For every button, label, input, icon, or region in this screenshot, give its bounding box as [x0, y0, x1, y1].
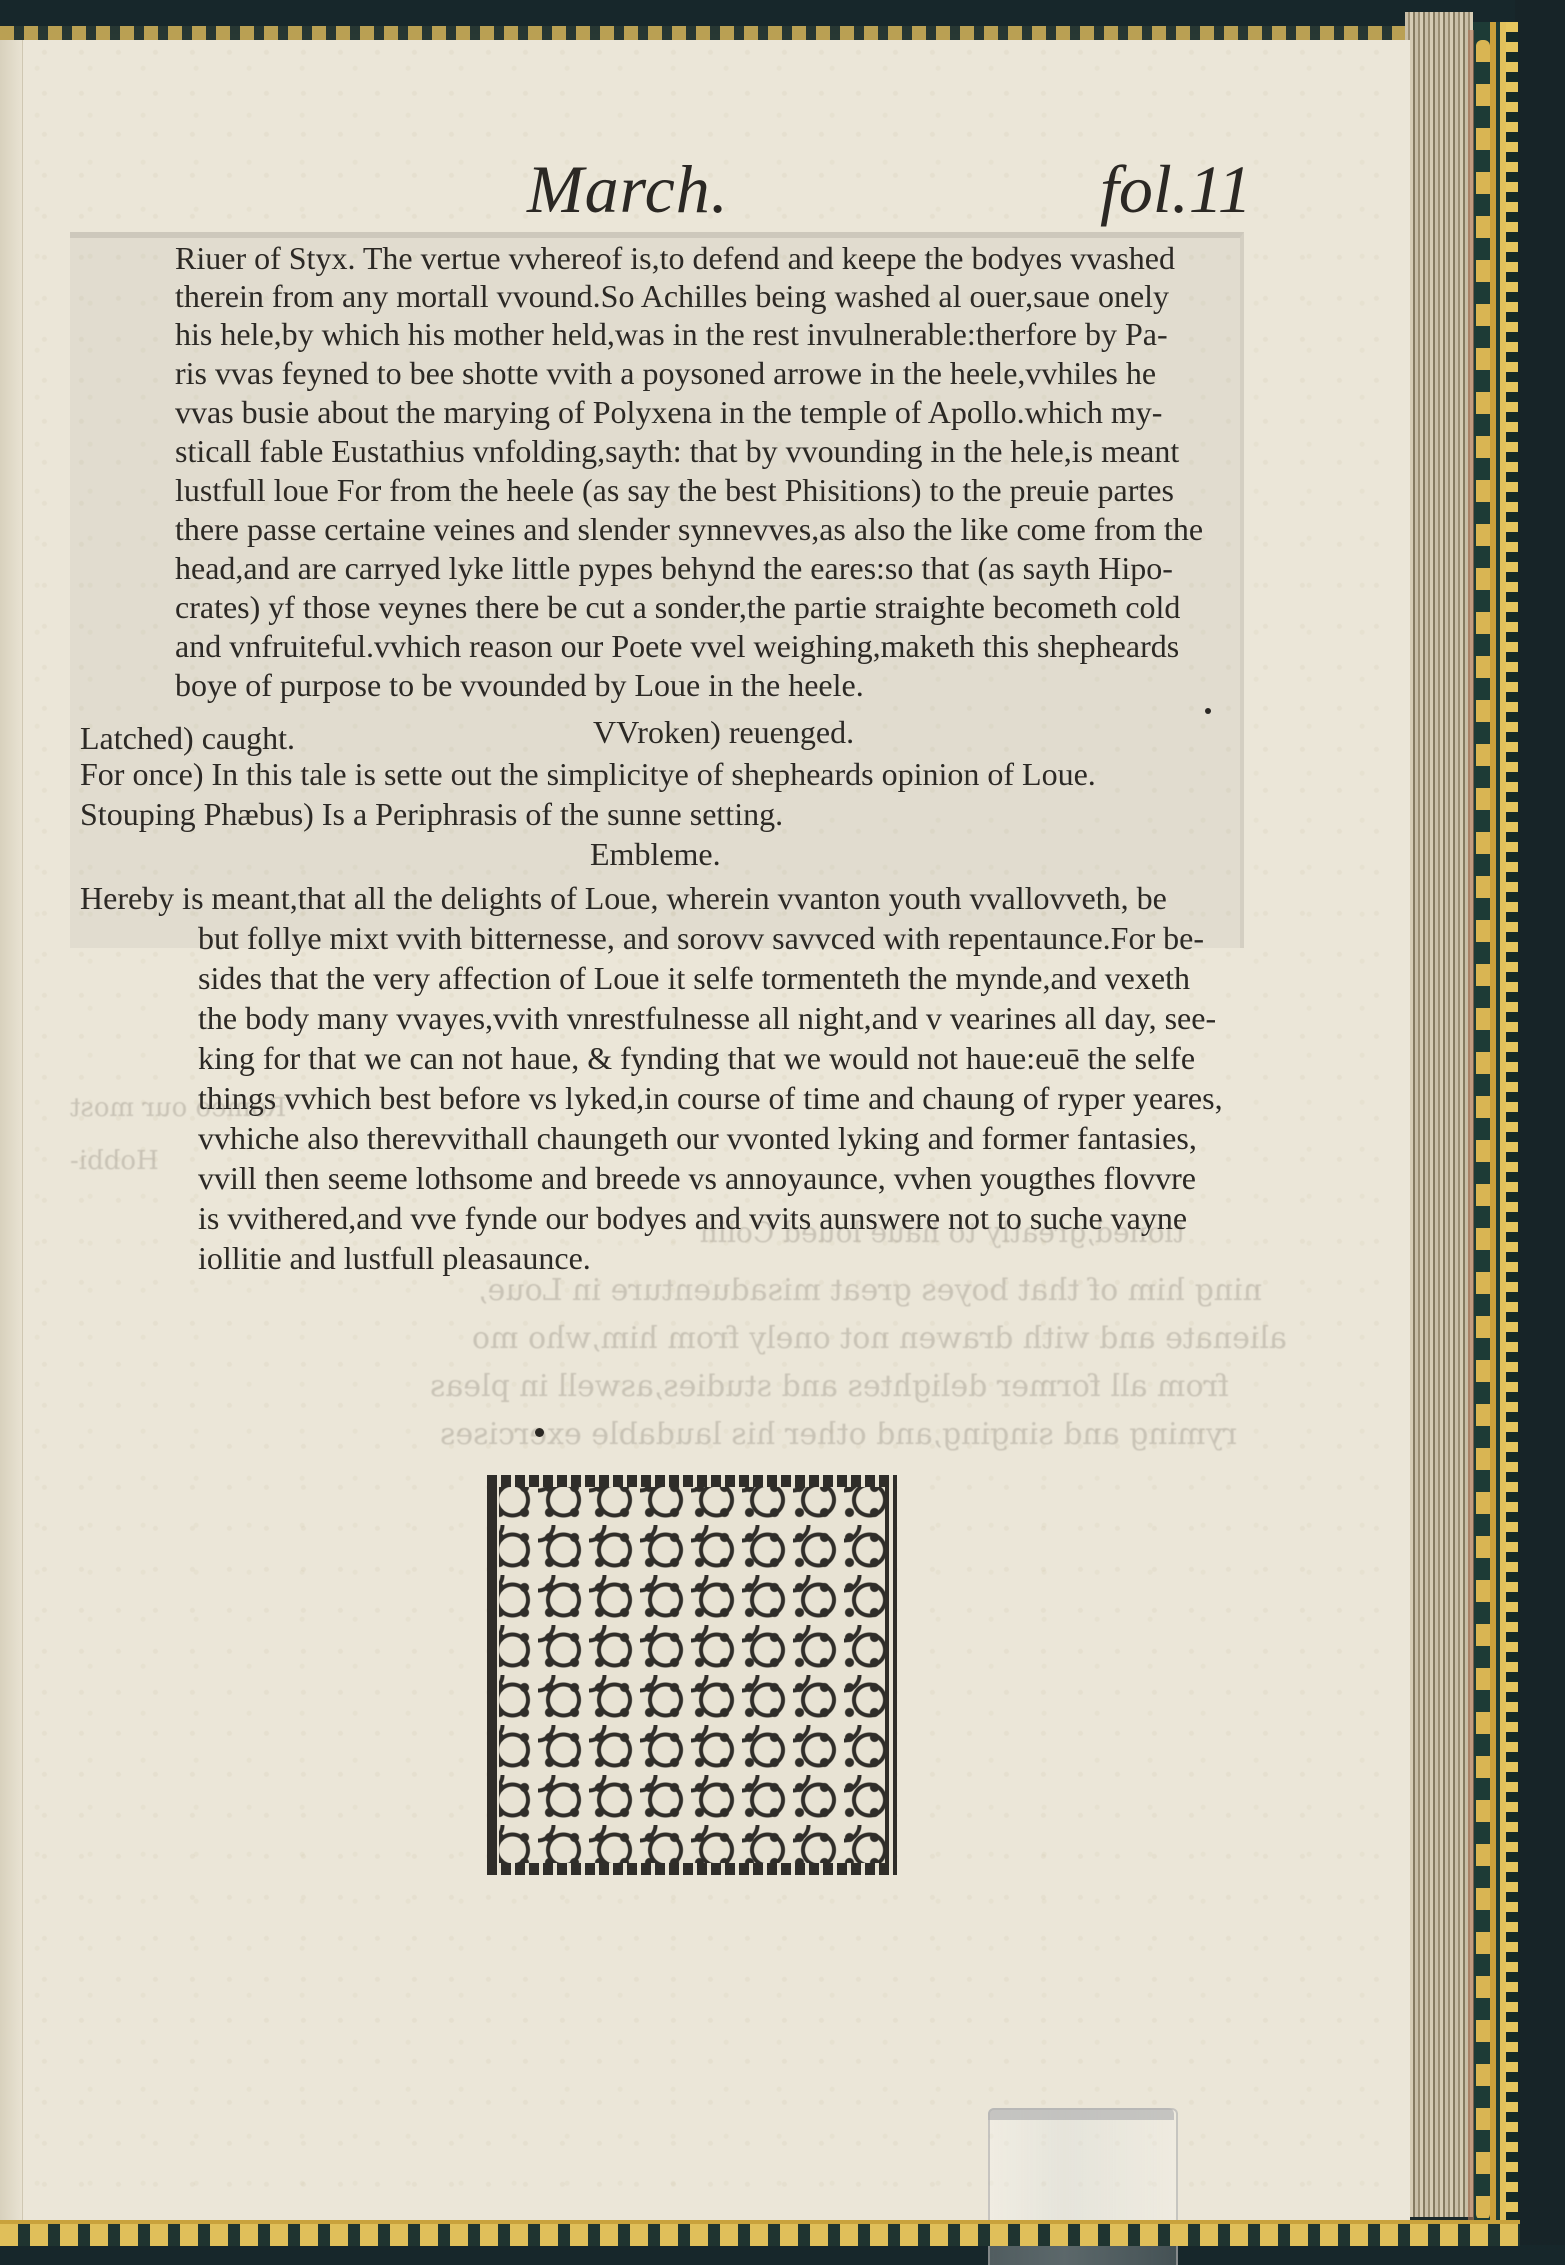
showthrough-line: from all former delightes and studies,as…	[430, 1364, 1229, 1410]
emblem-line: vvhiche also therevvithall chaungeth our…	[198, 1120, 1197, 1157]
gloss-entry-wroken: VVroken) reuenged.	[593, 714, 854, 751]
emblem-line: sides that the very affection of Loue it…	[198, 960, 1190, 997]
emblem-heading: Embleme.	[590, 836, 721, 873]
showthrough-line: ryming and singing,and other his laudabl…	[440, 1412, 1237, 1458]
emblem-line: king for that we can not haue, & fynding…	[198, 1040, 1195, 1077]
showthrough-line: alienate and with drawen not onely from …	[472, 1316, 1287, 1362]
ink-spot-icon	[1205, 708, 1211, 714]
gloss-line: Riuer of Styx. The vertue vvhereof is,to…	[175, 240, 1175, 277]
emblem-line: Hereby is meant,that all the delights of…	[80, 880, 1167, 917]
gloss-line: there passe certaine veines and slender …	[175, 511, 1203, 548]
emblem-line: the body many vvayes,vvith vnrestfulness…	[198, 1000, 1216, 1037]
emblem-line: vvill then seeme lothsome and breede vs …	[198, 1160, 1196, 1197]
book-cover-bottom	[0, 2245, 1565, 2265]
gloss-line: vvas busie about the marying of Polyxena…	[175, 394, 1162, 431]
emblem-line: is vvithered,and vve fynde our bodyes an…	[198, 1200, 1187, 1237]
page-weight-holder-top	[988, 2108, 1174, 2120]
emblem-line: but follye mixt vvith bitternesse, and s…	[198, 920, 1204, 957]
showthrough-line: ning him of that boyes great misaduentur…	[478, 1268, 1262, 1314]
gloss-line: head,and are carryed lyke little pypes b…	[175, 550, 1173, 587]
book-cover-right	[1515, 0, 1565, 2265]
gloss-line: his hele,by which his mother held,was in…	[175, 316, 1168, 353]
folio-number: fol.11	[1100, 150, 1252, 229]
gloss-line: crates) yf those veynes there be cut a s…	[175, 589, 1180, 626]
gloss-line: therein from any mortall vvound.So Achil…	[175, 278, 1169, 315]
gloss-line: lustfull loue For from the heele (as say…	[175, 472, 1174, 509]
page-fore-edge-stain	[1468, 30, 1474, 2220]
showthrough-line: Hobbi-	[70, 1138, 159, 1184]
running-head: March. fol.11	[0, 150, 1410, 230]
emblem-line: things vvhich best before vs lyked,in co…	[198, 1080, 1223, 1117]
page-gutter	[0, 40, 23, 2220]
woodcut-ornament-border-icon	[487, 1475, 897, 1875]
ink-spot-icon	[535, 1428, 544, 1437]
gloss-line: boye of purpose to be vvounded by Loue i…	[175, 667, 864, 704]
page-fore-edge	[1405, 12, 1473, 2217]
gloss-entry-latched: Latched) caught.	[80, 720, 295, 757]
gilt-vine-ornament-icon	[1476, 40, 1490, 2220]
gloss-line: sticall fable Eustathius vnfolding,sayth…	[175, 433, 1179, 470]
running-head-month: March.	[527, 150, 729, 229]
gloss-line: ris vvas feyned to bee shotte vvith a po…	[175, 355, 1156, 392]
gilt-dogtooth-roll-icon	[1506, 22, 1518, 2232]
gilt-border-bottom-icon	[0, 2220, 1520, 2246]
gloss-entry-stouping: Stouping Phæbus) Is a Periphrasis of the…	[80, 796, 783, 833]
emblem-line: iollitie and lustfull pleasaunce.	[198, 1240, 591, 1277]
gloss-line: and vnfruiteful.vvhich reason our Poete …	[175, 628, 1179, 665]
gloss-entry-for-once: For once) In this tale is sette out the …	[80, 756, 1096, 793]
